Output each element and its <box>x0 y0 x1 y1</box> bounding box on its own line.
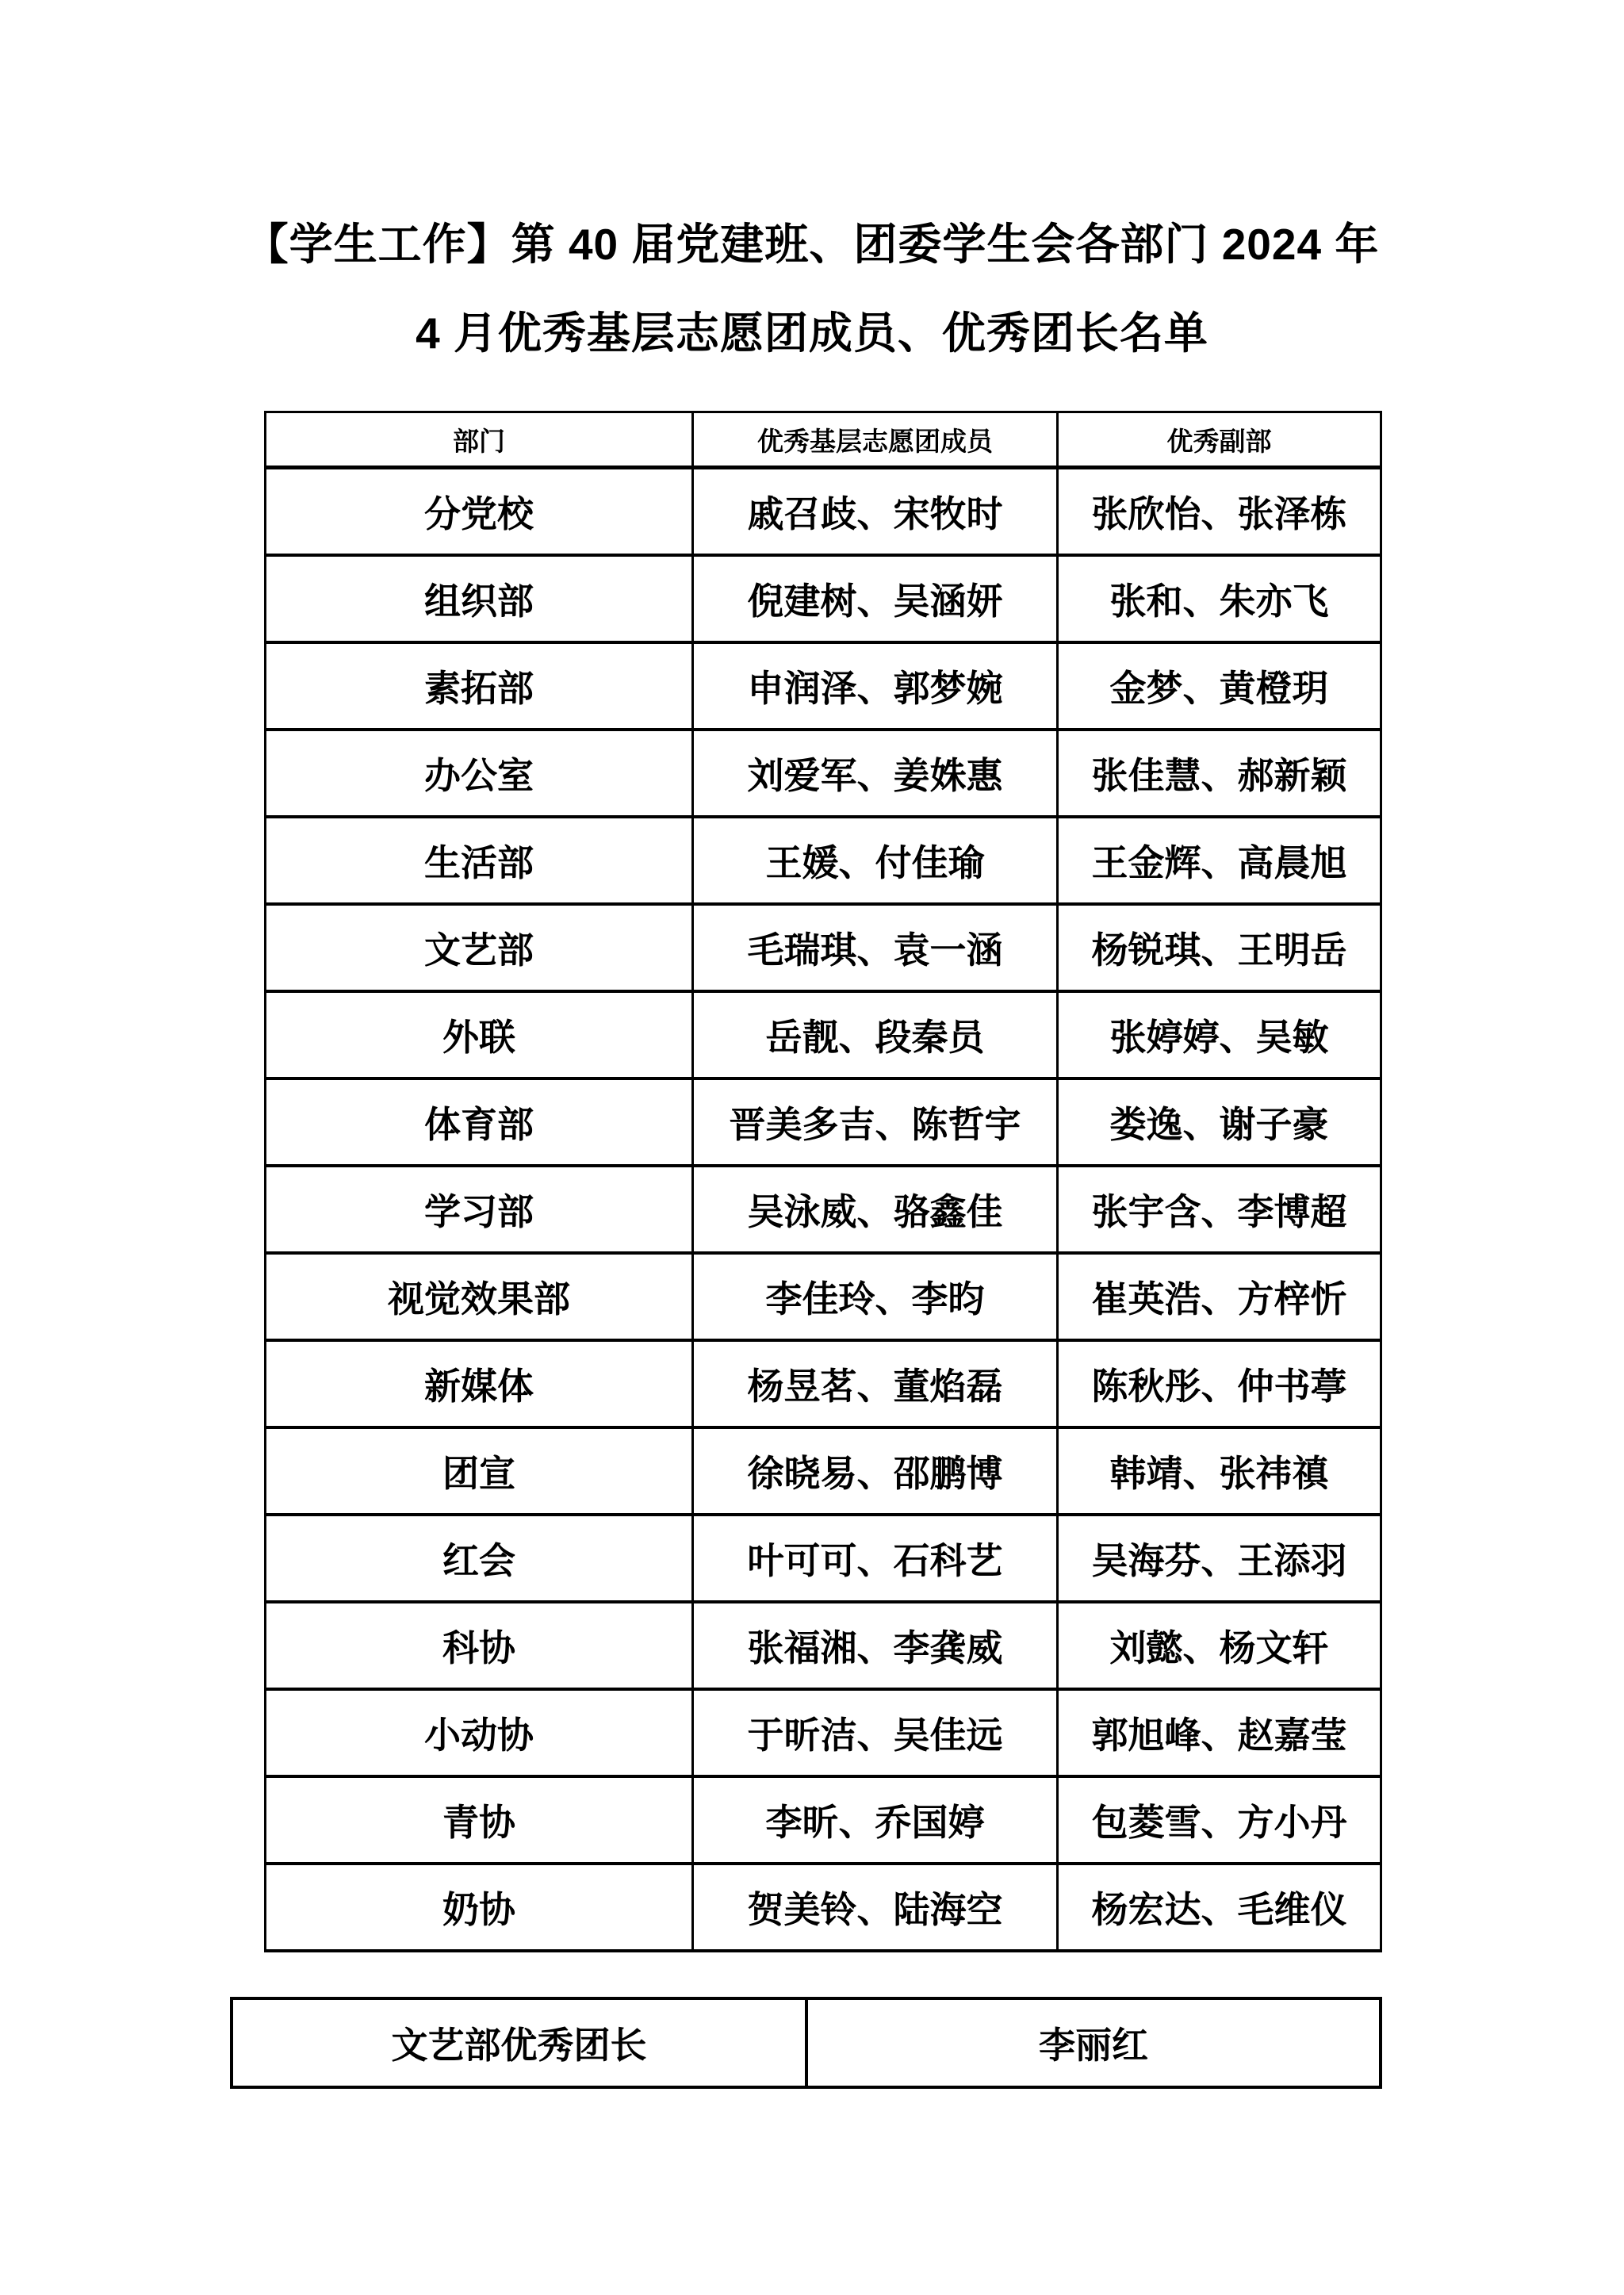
department-cell: 红会 <box>266 1515 693 1602</box>
table-row: 组织部 倪建树、吴涵妍 张和、朱亦飞 <box>266 555 1381 642</box>
department-cell: 学习部 <box>266 1166 693 1253</box>
table-row: 团宣 徐晓易、邵鹏博 韩靖、张祎禛 <box>266 1427 1381 1515</box>
deputies-cell: 王金辉、高晨旭 <box>1058 817 1381 904</box>
members-cell: 晋美多吉、陈哲宇 <box>693 1079 1058 1166</box>
deputies-cell: 张和、朱亦飞 <box>1058 555 1381 642</box>
department-cell: 素拓部 <box>266 642 693 730</box>
deputies-cell: 韩靖、张祎禛 <box>1058 1427 1381 1515</box>
department-cell: 组织部 <box>266 555 693 642</box>
deputies-cell: 郭旭峰、赵嘉莹 <box>1058 1689 1381 1776</box>
header-deputies: 优秀副部 <box>1058 412 1381 468</box>
members-cell: 王媛、付佳瑜 <box>693 817 1058 904</box>
members-cell: 于昕洁、吴佳远 <box>693 1689 1058 1776</box>
department-cell: 生活部 <box>266 817 693 904</box>
department-cell: 小动协 <box>266 1689 693 1776</box>
members-cell: 吴泳威、骆鑫佳 <box>693 1166 1058 1253</box>
members-cell: 岳靓、段秦员 <box>693 991 1058 1079</box>
members-cell: 贺美铃、陆海空 <box>693 1864 1058 1951</box>
leader-label-cell: 文艺部优秀团长 <box>232 1998 806 2087</box>
members-cell: 戚召歧、宋牧时 <box>693 468 1058 555</box>
deputies-cell: 陈秋彤、仲书葶 <box>1058 1340 1381 1427</box>
department-cell: 青协 <box>266 1776 693 1864</box>
members-cell: 李佳玲、李昀 <box>693 1253 1058 1340</box>
deputies-cell: 金梦、黄橙玥 <box>1058 642 1381 730</box>
table-row: 素拓部 申润泽、郭梦婉 金梦、黄橙玥 <box>266 642 1381 730</box>
department-cell: 外联 <box>266 991 693 1079</box>
deputies-cell: 崔英浩、方梓忻 <box>1058 1253 1381 1340</box>
table-row: 分党校 戚召歧、宋牧时 张欣怡、张泽栋 <box>266 468 1381 555</box>
members-cell: 杨昱茗、董焰磊 <box>693 1340 1058 1427</box>
deputies-cell: 包菱雪、方小丹 <box>1058 1776 1381 1864</box>
department-cell: 新媒体 <box>266 1340 693 1427</box>
leader-table: 文艺部优秀团长 李丽红 <box>230 1997 1382 2089</box>
table-row: 视觉效果部 李佳玲、李昀 崔英浩、方梓忻 <box>266 1253 1381 1340</box>
table-row: 学习部 吴泳威、骆鑫佳 张宇含、李博超 <box>266 1166 1381 1253</box>
table-row: 小动协 于昕洁、吴佳远 郭旭峰、赵嘉莹 <box>266 1689 1381 1776</box>
document-title: 【学生工作】第 40 届党建班、团委学生会各部门 2024 年 4 月优秀基层志… <box>0 0 1624 377</box>
department-cell: 奶协 <box>266 1864 693 1951</box>
deputies-cell: 娄逸、谢子豪 <box>1058 1079 1381 1166</box>
title-line-2: 4 月优秀基层志愿团成员、优秀团长名单 <box>0 289 1624 377</box>
leader-name-cell: 李丽红 <box>806 1998 1381 2087</box>
table-row: 奶协 贺美铃、陆海空 杨宏达、毛维仪 <box>266 1864 1381 1951</box>
title-line-1: 【学生工作】第 40 届党建班、团委学生会各部门 2024 年 <box>0 200 1624 289</box>
department-cell: 分党校 <box>266 468 693 555</box>
table-row: 体育部 晋美多吉、陈哲宇 娄逸、谢子豪 <box>266 1079 1381 1166</box>
department-cell: 文艺部 <box>266 904 693 991</box>
department-cell: 办公室 <box>266 730 693 817</box>
deputies-cell: 张佳慧、郝新颖 <box>1058 730 1381 817</box>
document-page: 【学生工作】第 40 届党建班、团委学生会各部门 2024 年 4 月优秀基层志… <box>0 0 1624 2295</box>
table-row: 生活部 王媛、付佳瑜 王金辉、高晨旭 <box>266 817 1381 904</box>
department-cell: 视觉效果部 <box>266 1253 693 1340</box>
members-cell: 张福湘、李龚威 <box>693 1602 1058 1689</box>
members-cell: 徐晓易、邵鹏博 <box>693 1427 1058 1515</box>
members-cell: 李昕、乔国婷 <box>693 1776 1058 1864</box>
members-cell: 刘爱军、姜姝惠 <box>693 730 1058 817</box>
deputies-cell: 杨宏达、毛维仪 <box>1058 1864 1381 1951</box>
table-row: 红会 叶可可、石科艺 吴海芬、王添羽 <box>266 1515 1381 1602</box>
department-cell: 科协 <box>266 1602 693 1689</box>
table-row: 新媒体 杨昱茗、董焰磊 陈秋彤、仲书葶 <box>266 1340 1381 1427</box>
deputies-cell: 张宇含、李博超 <box>1058 1166 1381 1253</box>
deputies-cell: 张欣怡、张泽栋 <box>1058 468 1381 555</box>
department-cell: 团宣 <box>266 1427 693 1515</box>
table-row: 青协 李昕、乔国婷 包菱雪、方小丹 <box>266 1776 1381 1864</box>
members-cell: 申润泽、郭梦婉 <box>693 642 1058 730</box>
table-row: 办公室 刘爱军、姜姝惠 张佳慧、郝新颖 <box>266 730 1381 817</box>
table-row: 科协 张福湘、李龚威 刘懿、杨文轩 <box>266 1602 1381 1689</box>
header-members: 优秀基层志愿团成员 <box>693 412 1058 468</box>
members-cell: 倪建树、吴涵妍 <box>693 555 1058 642</box>
header-row: 部门 优秀基层志愿团成员 优秀副部 <box>266 412 1381 468</box>
deputies-cell: 杨锐琪、王明岳 <box>1058 904 1381 991</box>
award-table: 部门 优秀基层志愿团成员 优秀副部 分党校 戚召歧、宋牧时 张欣怡、张泽栋 组织… <box>264 411 1382 1952</box>
deputies-cell: 张婷婷、吴敏 <box>1058 991 1381 1079</box>
deputies-cell: 吴海芬、王添羽 <box>1058 1515 1381 1602</box>
table-row: 文艺部 毛瑞琪、袁一涵 杨锐琪、王明岳 <box>266 904 1381 991</box>
members-cell: 毛瑞琪、袁一涵 <box>693 904 1058 991</box>
header-department: 部门 <box>266 412 693 468</box>
deputies-cell: 刘懿、杨文轩 <box>1058 1602 1381 1689</box>
table-row: 外联 岳靓、段秦员 张婷婷、吴敏 <box>266 991 1381 1079</box>
leader-row: 文艺部优秀团长 李丽红 <box>232 1998 1381 2087</box>
department-cell: 体育部 <box>266 1079 693 1166</box>
members-cell: 叶可可、石科艺 <box>693 1515 1058 1602</box>
